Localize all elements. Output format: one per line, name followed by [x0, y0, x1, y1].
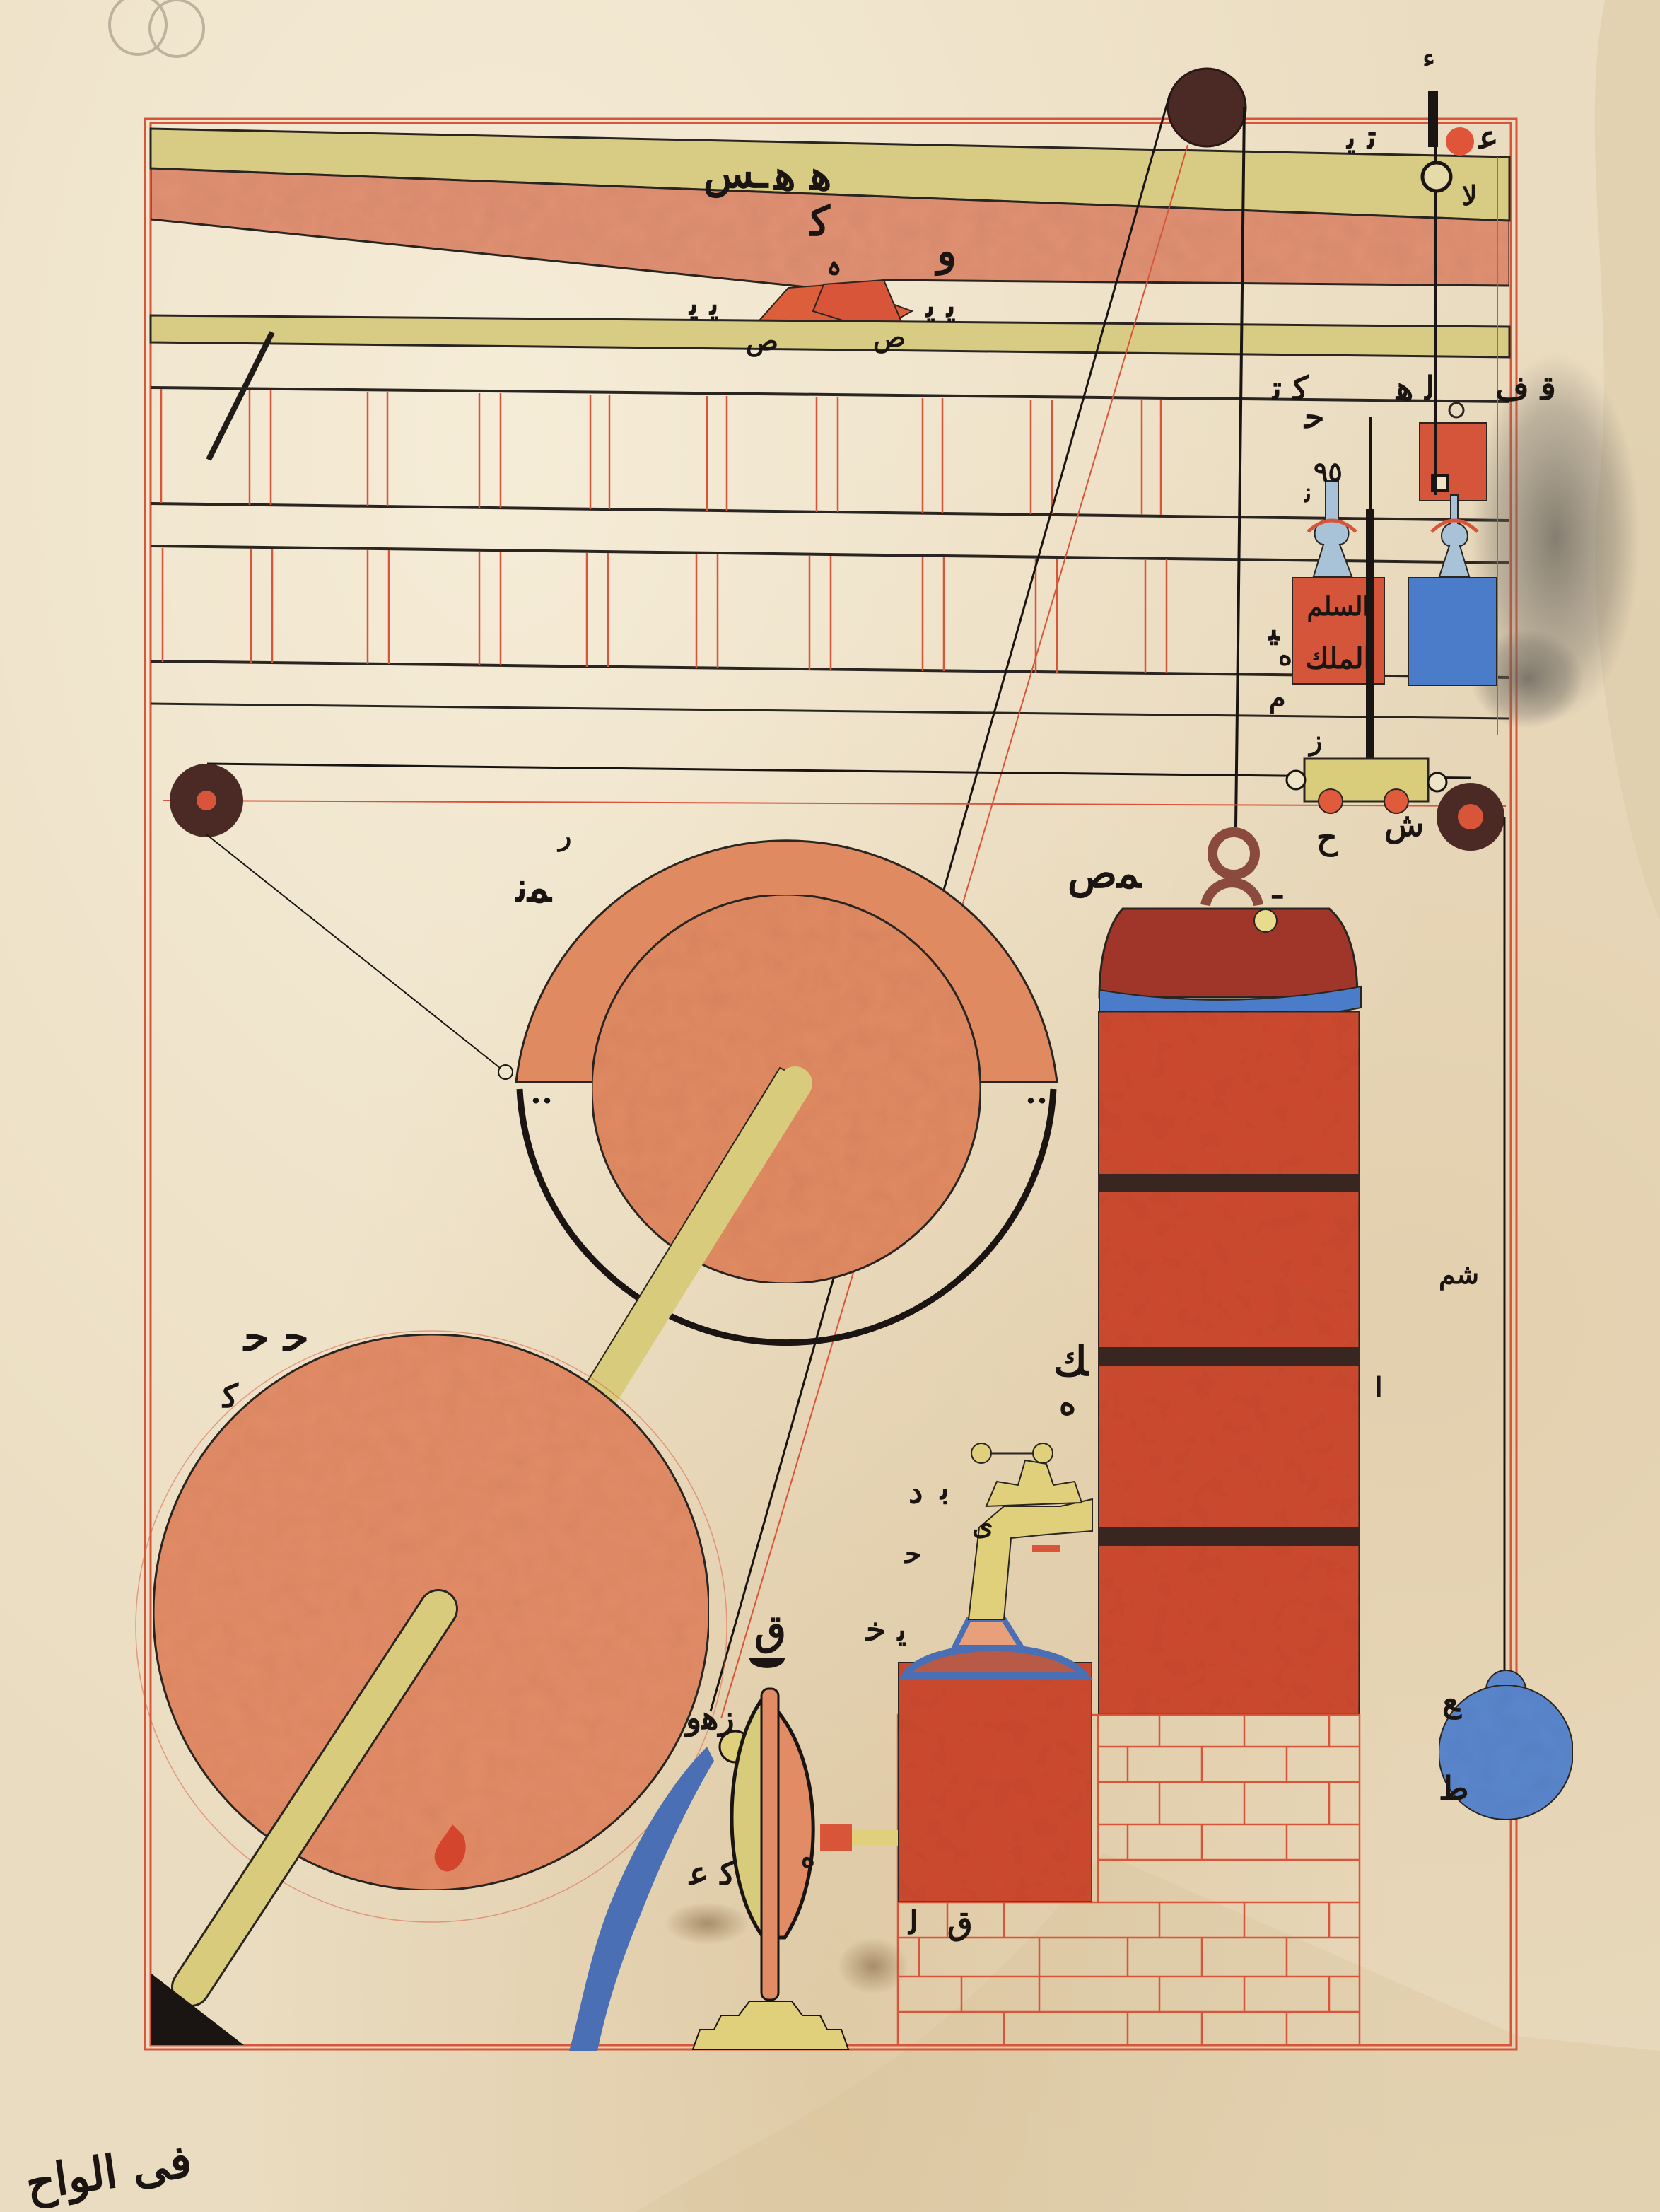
label-pump-left: ﺯﻫﻭ: [684, 1699, 735, 1737]
label-shelf-row-1: ﻛ ﺗ: [1271, 369, 1309, 407]
label-top-band-center: ﻫ ﻫ: [773, 151, 831, 199]
indicator-ring: [1422, 163, 1451, 191]
box-inscription-top: السلم: [1307, 592, 1370, 622]
label-top-right-after-dot: ﻋ: [1478, 118, 1498, 156]
upper-red-box: [1420, 423, 1487, 501]
stopper-right: [1439, 495, 1469, 576]
label-lower-disc: ﺣ ﺣ: [242, 1312, 309, 1361]
label-tank-ring-right: ـ: [1271, 868, 1283, 906]
label-cart-top: ز: [1307, 724, 1322, 757]
label-cross-left-foot: ص: [746, 325, 778, 357]
label-right-margin-word: ﺷﻢ: [1439, 1258, 1479, 1291]
label-valve-left-1: ﺩ: [908, 1472, 923, 1510]
label-top-right-small: ﻻ: [1462, 180, 1478, 211]
label-shelf-row-4: ﻗ ﻑ: [1495, 369, 1556, 407]
label-red-box-left-small: ﻩ: [1278, 639, 1292, 671]
label-cross-right-foot: ص: [873, 321, 906, 354]
label-cross-right-pair: ﻳ ﻳ: [925, 286, 956, 325]
label-upper-disc-tick: ﺭ: [556, 820, 571, 852]
label-shelf-row-3: ﻟ ﻫ: [1395, 369, 1434, 407]
blue-box: [1408, 578, 1497, 685]
tall-tank: [1098, 832, 1361, 1715]
dome-lid: [905, 1648, 1085, 1676]
tank-cap: [1099, 909, 1357, 997]
label-upper-disc-dots-left: ..: [530, 1073, 553, 1111]
red-dot: [1446, 127, 1474, 156]
yellow-beam-lower: [151, 315, 1509, 357]
label-small-tank-right: ﻯ: [972, 1509, 993, 1541]
label-pump-bottom-right: ﻩ: [801, 1841, 815, 1873]
label-small-number: ٩٥: [1314, 455, 1343, 487]
label-bottom-tank-2: ﻕ: [947, 1904, 973, 1942]
label-tank-mid-left: ﻚ: [1053, 1337, 1089, 1385]
label-weight-top: ﻊ: [1442, 1681, 1462, 1720]
label-cart-wheel-right: ﺵ: [1384, 805, 1424, 844]
manuscript-folio: السلم الملك: [0, 0, 1660, 2212]
hanger-ring-upper: [1212, 832, 1255, 875]
label-valve-left-2: ﺑ: [939, 1469, 949, 1507]
lower-wheel: [136, 1331, 727, 2045]
label-upper-disc: ﻤﻧ: [515, 863, 552, 912]
upper-wheel: [516, 841, 1057, 1397]
label-bottom-tank-1: ﻟ: [907, 1904, 918, 1942]
label-cart-wheel-left: ح: [1316, 818, 1338, 857]
label-lower-disc-side: ﮐ: [221, 1377, 239, 1415]
stopper-left: [1314, 481, 1352, 576]
label-pump-top: ﻕ: [754, 1606, 786, 1654]
label-tank-mid-left-low: ﻩ: [1059, 1384, 1076, 1422]
label-top-band-left: ـس: [703, 149, 769, 199]
machine-diagram: السلم الملك: [0, 0, 1660, 2212]
top-pulley: [1168, 69, 1246, 146]
label-tank-top-left: ﻤﺹ: [1068, 849, 1142, 899]
label-valve-left-3: ﺣ: [904, 1537, 922, 1569]
pencil-folio-mark: [110, 0, 204, 57]
ink-stroke: [209, 332, 272, 460]
label-weight-bottom: ط: [1439, 1769, 1469, 1808]
label-beam-right: و: [934, 227, 957, 276]
rope-to-disc: [206, 834, 503, 1071]
label-top-right-above: ء: [1422, 42, 1435, 74]
box-inscription-bottom: الملك: [1305, 642, 1371, 675]
margin-note: فى الواح: [23, 2135, 195, 2211]
label-tank-right-tick: ا: [1375, 1371, 1383, 1403]
label-upper-disc-dots-right: ..: [1025, 1073, 1048, 1111]
small-tank: [898, 1443, 1092, 1902]
label-red-box-left-low: ﻡ: [1269, 682, 1286, 714]
pump-base: [693, 2001, 848, 2049]
label-cross-left-pair: ﻳ ﻳ: [688, 284, 719, 322]
pump-spindle: [761, 1689, 778, 2000]
label-small-tank: ﻳ ﺧ: [865, 1610, 906, 1648]
label-shelf-row-2: ﺣ: [1303, 397, 1324, 436]
label-pump-bottom-left: ﻛ ﻋ: [688, 1854, 736, 1892]
label-small-letter-n: ﻧ: [1304, 477, 1312, 508]
label-beam-center-lower: ﮦ: [828, 236, 840, 284]
label-top-right-cluster: ﺗ ﻳ: [1345, 118, 1376, 156]
small-tank-body: [898, 1662, 1092, 1902]
